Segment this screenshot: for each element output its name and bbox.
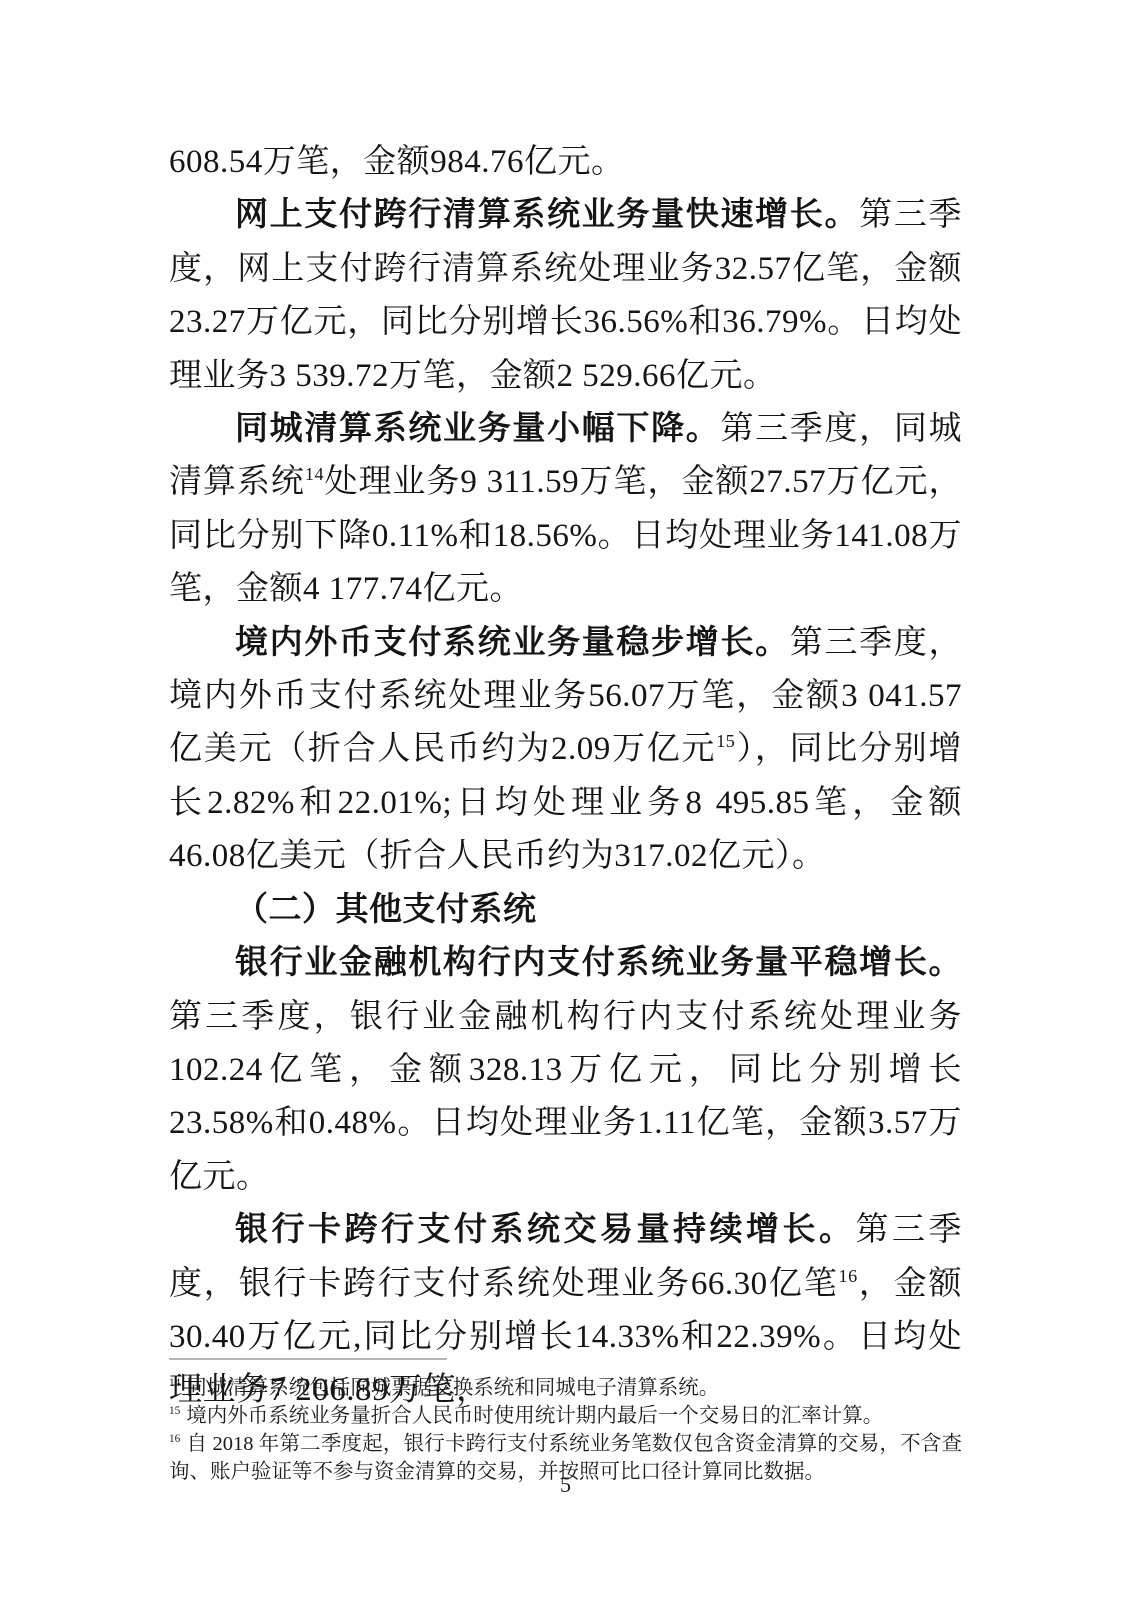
footnote-text: 境内外币系统业务量折合人民币时使用统计期内最后一个交易日的汇率计算。 bbox=[186, 1405, 883, 1427]
paragraph: 同城清算系统业务量小幅下降。第三季度，同城清算系统14处理业务9 311.59万… bbox=[169, 403, 962, 617]
footnote-ref: 16 bbox=[839, 1266, 858, 1286]
footnote-area: 14同城清算系统包括同城票据交换系统和同城电子清算系统。15境内外币系统业务量折… bbox=[169, 1358, 962, 1486]
footnote-marker: 16 bbox=[169, 1433, 180, 1445]
paragraph: 608.54万笔，金额984.76亿元。 bbox=[169, 136, 962, 189]
bold-text-run: 银行卡跨行支付系统交易量持续增长。 bbox=[235, 1212, 856, 1248]
document-body: 608.54万笔，金额984.76亿元。网上支付跨行清算系统业务量快速增长。第三… bbox=[169, 136, 962, 1418]
footnote-separator bbox=[169, 1358, 447, 1360]
bold-text-run: 同城清算系统业务量小幅下降。 bbox=[235, 411, 720, 447]
footnote: 14同城清算系统包括同城票据交换系统和同城电子清算系统。 bbox=[169, 1374, 962, 1402]
paragraph: （二）其他支付系统 bbox=[169, 884, 962, 937]
footnote-marker: 15 bbox=[169, 1405, 180, 1417]
paragraph: 境内外币支付系统业务量稳步增长。第三季度，境内外币支付系统处理业务56.07万笔… bbox=[169, 617, 962, 884]
bold-text-run: 网上支付跨行清算系统业务量快速增长。 bbox=[235, 197, 859, 233]
paragraph: 网上支付跨行清算系统业务量快速增长。第三季度，网上支付跨行清算系统处理业务32.… bbox=[169, 189, 962, 403]
footnote-text: 同城清算系统包括同城票据交换系统和同城电子清算系统。 bbox=[186, 1377, 719, 1399]
footnote-marker: 14 bbox=[169, 1377, 180, 1389]
text-run: 608.54万笔，金额984.76亿元。 bbox=[169, 144, 625, 180]
footnote: 15境内外币系统业务量折合人民币时使用统计期内最后一个交易日的汇率计算。 bbox=[169, 1402, 962, 1430]
bold-text-run: 银行业金融机构行内支付系统业务量平稳增长。 bbox=[235, 945, 962, 981]
footnote-list: 14同城清算系统包括同城票据交换系统和同城电子清算系统。15境内外币系统业务量折… bbox=[169, 1374, 962, 1486]
text-run: 第三季度，银行业金融机构行内支付系统处理业务102.24亿笔，金额328.13万… bbox=[169, 999, 962, 1195]
bold-text-run: 境内外币支付系统业务量稳步增长。 bbox=[235, 625, 790, 661]
footnote-ref: 15 bbox=[716, 731, 735, 751]
footnote-ref: 14 bbox=[305, 464, 324, 484]
document-page: 608.54万笔，金额984.76亿元。网上支付跨行清算系统业务量快速增长。第三… bbox=[0, 0, 1131, 1600]
paragraph: 银行业金融机构行内支付系统业务量平稳增长。第三季度，银行业金融机构行内支付系统处… bbox=[169, 937, 962, 1204]
bold-text-run: （二）其他支付系统 bbox=[235, 892, 537, 928]
page-number: 5 bbox=[0, 1472, 1131, 1498]
